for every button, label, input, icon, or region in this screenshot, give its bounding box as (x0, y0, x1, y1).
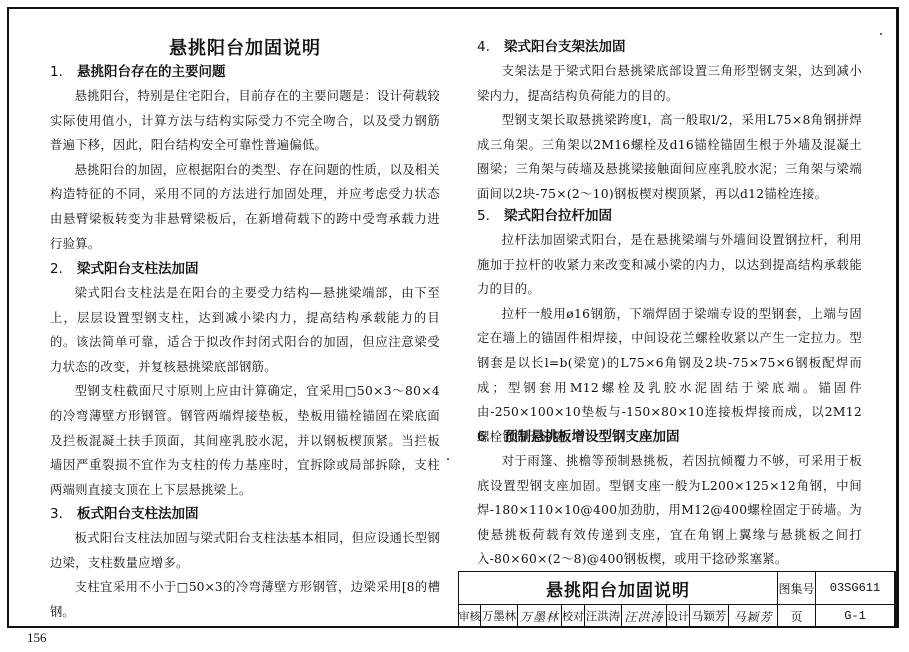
paragraph: 对于雨篷、挑檐等预制悬挑板，若因抗倾覆力不够，可采用于板底设置型钢支座加固。型钢… (477, 449, 862, 572)
designer-signature: 马颖芳 (729, 605, 778, 627)
section-title: 梁式阳台支架法加固 (504, 39, 626, 55)
design-label: 设计 (667, 605, 690, 627)
section-heading: 1.悬挑阳台存在的主要问题 (50, 60, 440, 84)
title-block: 悬挑阳台加固说明 图集号 03SG611 审核 万墨林 万墨林 校对 汪洪涛 汪… (458, 571, 896, 626)
paragraph: 拉杆法加固梁式阳台，是在悬挑梁端与外墙间设置钢拉杆，利用施加于拉杆的收紧力来改变… (477, 228, 862, 302)
section-title: 板式阳台支柱法加固 (77, 506, 199, 522)
section-2: 2.梁式阳台支柱法加固 梁式阳台支柱法是在阳台的主要受力结构—悬挑梁端部，由下至… (50, 257, 440, 502)
section-title: 梁式阳台支柱法加固 (77, 261, 199, 277)
page-label: 页 (778, 605, 816, 627)
section-heading: 3.板式阳台支柱法加固 (50, 502, 440, 526)
section-title: 预制悬挑板增设型钢支座加固 (504, 429, 680, 445)
section-1: 1.悬挑阳台存在的主要问题 悬挑阳台，特别是住宅阳台，目前存在的主要问题是：设计… (50, 60, 440, 256)
section-title: 梁式阳台拉杆加固 (504, 208, 612, 224)
paragraph: 梁式阳台支柱法是在阳台的主要受力结构—悬挑梁端部，由下至上，层层设置型钢支柱，达… (50, 281, 440, 379)
section-heading: 4.梁式阳台支架法加固 (477, 35, 862, 59)
section-heading: 6.预制悬挑板增设型钢支座加固 (477, 425, 862, 449)
reviewer-name: 万墨林 (481, 605, 518, 627)
proofread-label: 校对 (562, 605, 585, 627)
section-heading: 5.梁式阳台拉杆加固 (477, 204, 862, 228)
section-3: 3.板式阳台支柱法加固 板式阳台支柱法加固与梁式阳台支柱法基本相同，但应设通长型… (50, 502, 440, 624)
paragraph: 支架法是于梁式阳台悬挑梁底部设置三角形型钢支架，达到减小梁内力，提高结构负荷能力… (477, 59, 862, 108)
scan-speck (447, 458, 449, 460)
document-title: 悬挑阳台加固说明 (50, 34, 440, 60)
reviewer-signature: 万墨林 (518, 605, 562, 627)
section-number: 2. (50, 257, 77, 281)
proofreader-name: 汪洪涛 (585, 605, 622, 627)
proofreader-signature: 汪洪涛 (622, 605, 667, 627)
scan-speck (880, 33, 882, 35)
section-heading: 2.梁式阳台支柱法加固 (50, 257, 440, 281)
section-number: 1. (50, 60, 77, 84)
paragraph: 悬挑阳台的加固，应根据阳台的类型、存在问题的性质，以及相关构造特征的不同，采用不… (50, 158, 440, 256)
section-number: 6. (477, 425, 504, 449)
paragraph: 板式阳台支柱法加固与梁式阳台支柱法基本相同，但应设通长型钢边梁，支柱数量应增多。 (50, 526, 440, 575)
page-number: 156 (27, 630, 47, 646)
paragraph: 支柱宜采用不小于□50×3的冷弯薄壁方形钢管，边梁采用[8的槽钢。 (50, 575, 440, 624)
section-number: 4. (477, 35, 504, 59)
section-4: 4.梁式阳台支架法加固 支架法是于梁式阳台悬挑梁底部设置三角形型钢支架，达到减小… (477, 35, 862, 207)
title-block-title: 悬挑阳台加固说明 (459, 572, 778, 605)
page-value: G-1 (816, 605, 897, 627)
paragraph: 型钢支柱截面尺寸原则上应由计算确定，宜采用□50×3～80×4的冷弯薄壁方形钢管… (50, 379, 440, 502)
paragraph: 悬挑阳台，特别是住宅阳台，目前存在的主要问题是：设计荷载较实际使用值小，计算方法… (50, 84, 440, 158)
paragraph: 型钢支架长取悬挑梁跨度l，高一般取l/2，采用L75×8角钢拼焊成三角架。三角架… (477, 108, 862, 206)
atlas-number: 03SG611 (816, 572, 897, 605)
section-6: 6.预制悬挑板增设型钢支座加固 对于雨篷、挑檐等预制悬挑板，若因抗倾覆力不够，可… (477, 425, 862, 572)
section-title: 悬挑阳台存在的主要问题 (77, 64, 226, 80)
review-label: 审核 (459, 605, 481, 627)
atlas-number-label: 图集号 (778, 572, 816, 605)
section-number: 5. (477, 204, 504, 228)
designer-name: 马颖芳 (690, 605, 729, 627)
section-5: 5.梁式阳台拉杆加固 拉杆法加固梁式阳台，是在悬挑梁端与外墙间设置钢拉杆，利用施… (477, 204, 862, 449)
section-number: 3. (50, 502, 77, 526)
